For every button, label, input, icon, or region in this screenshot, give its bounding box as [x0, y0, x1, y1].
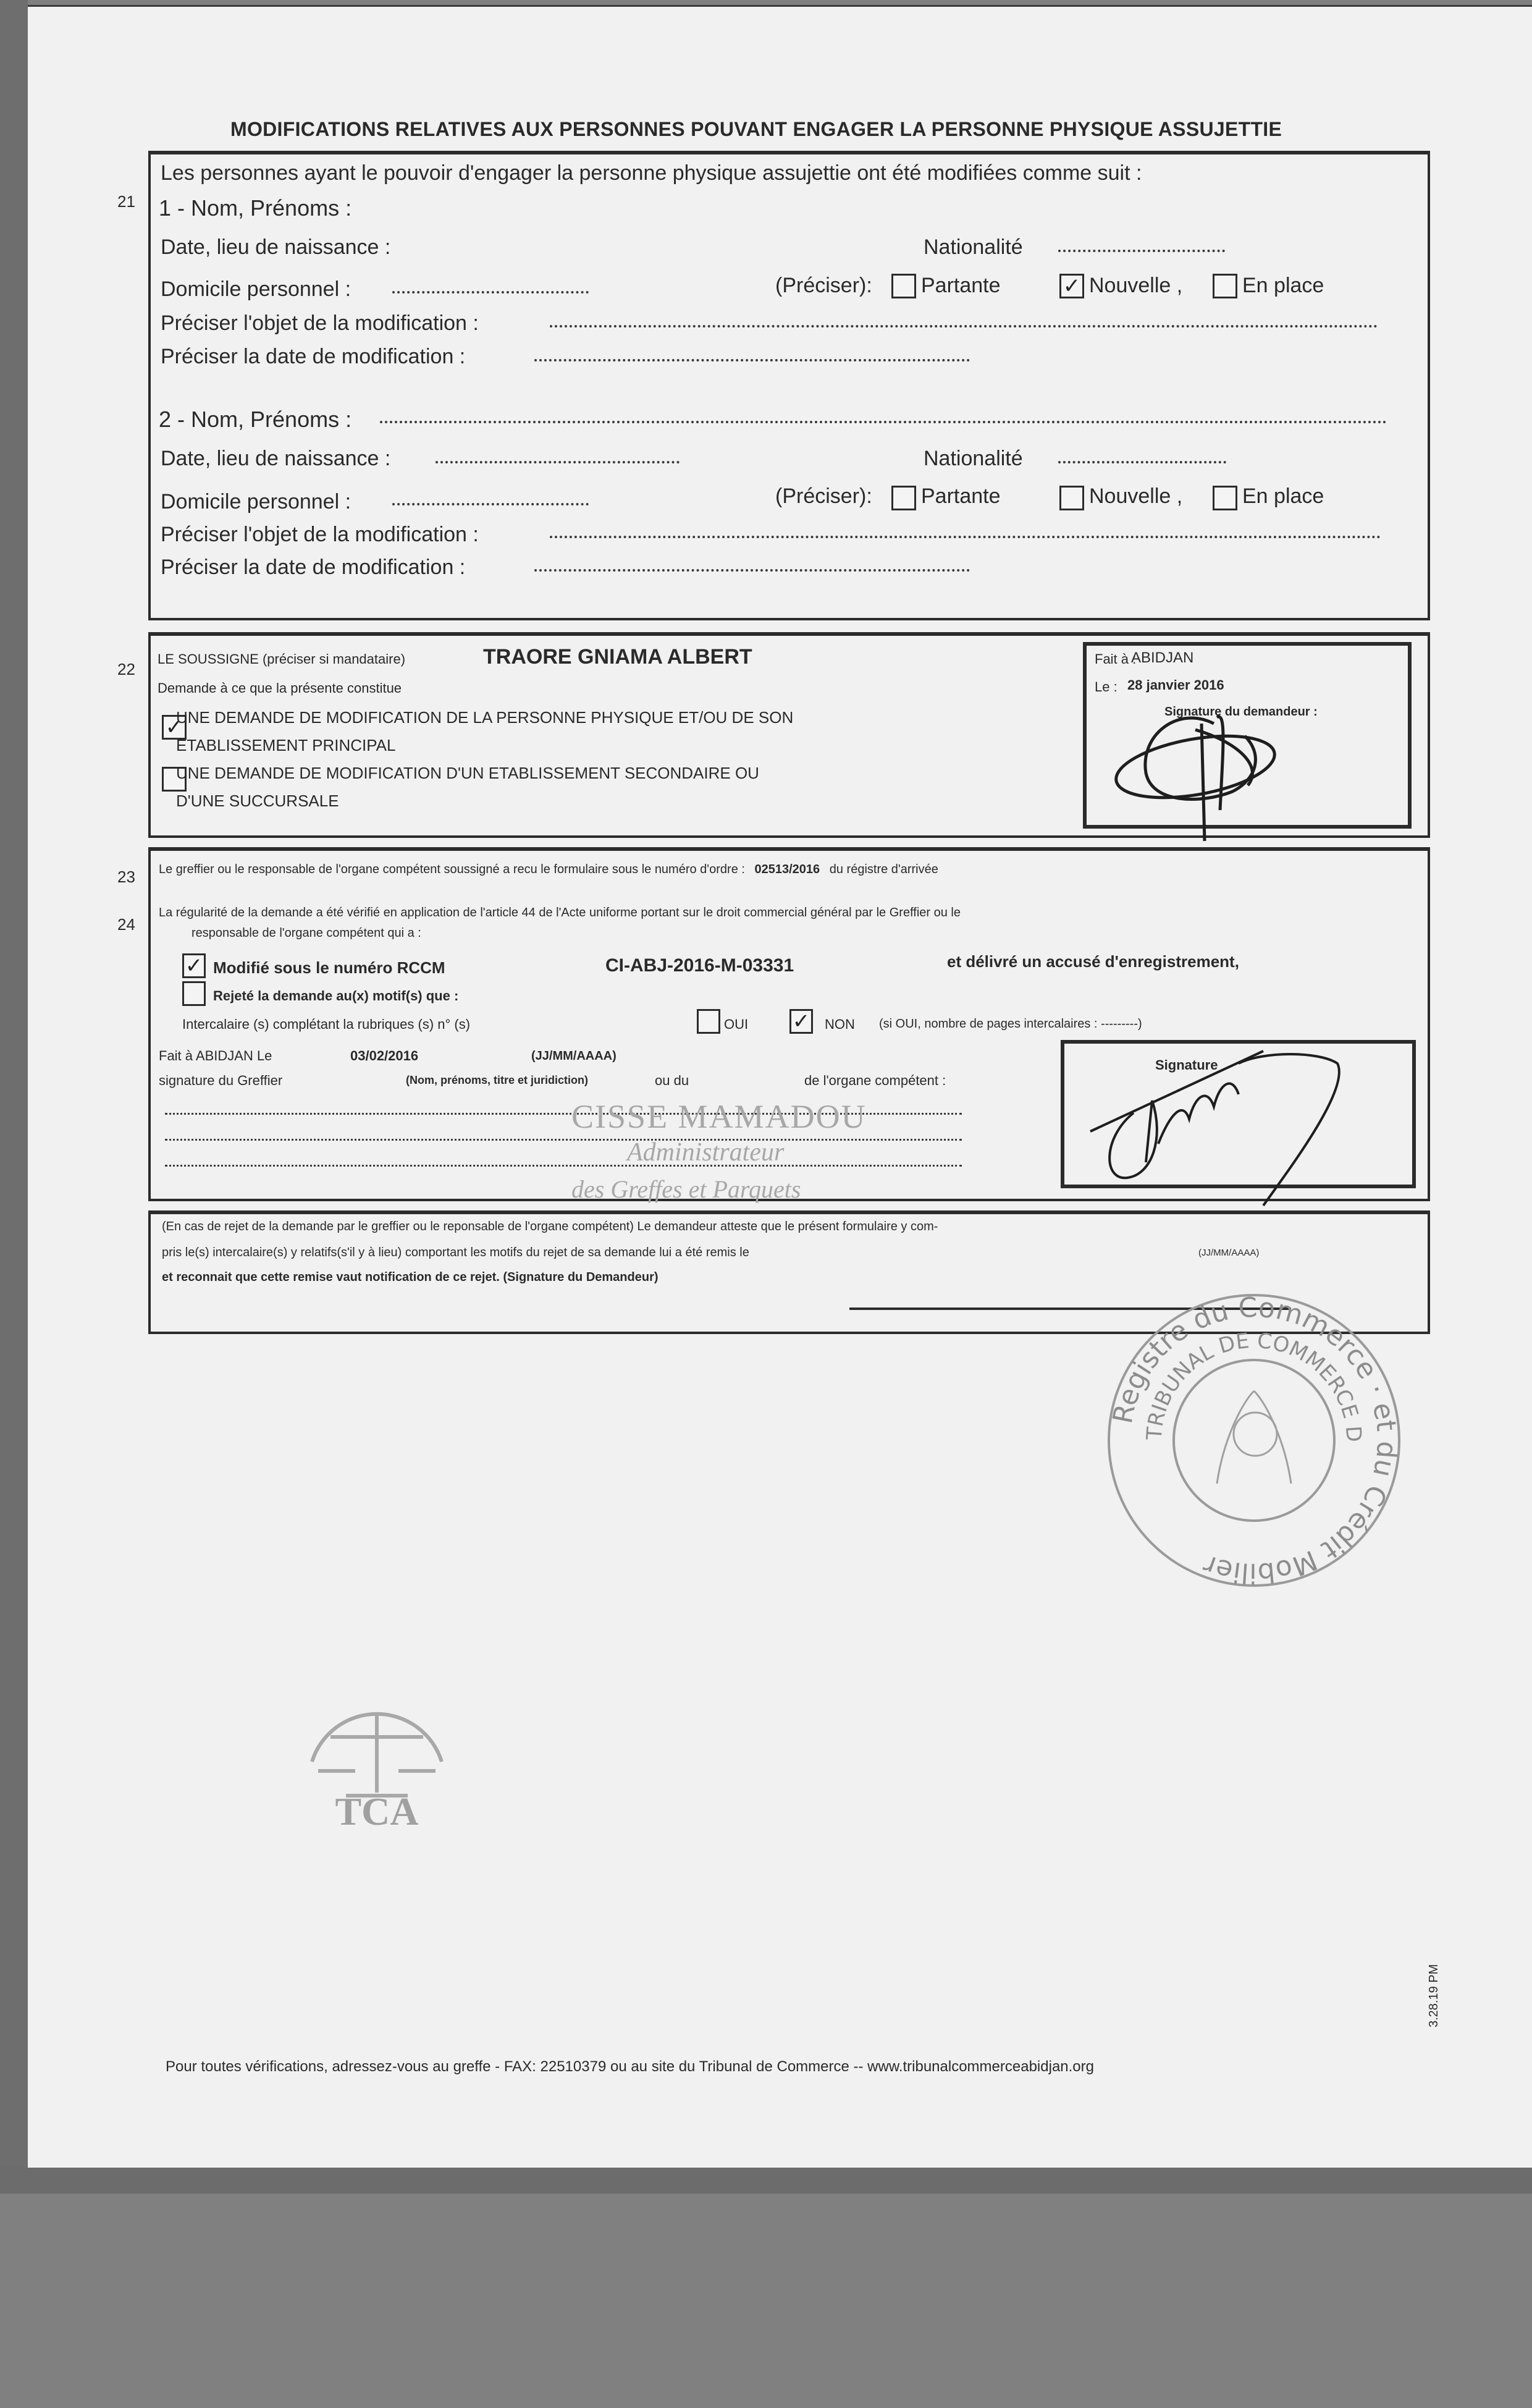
demandeur-signature — [1103, 699, 1325, 860]
rejection-date-format: (JJ/MM/AAAA) — [1198, 1248, 1259, 1258]
person-1-preciser-label: (Préciser): — [775, 274, 872, 298]
section-21-box — [148, 151, 1430, 620]
person-2-birth-field[interactable] — [436, 461, 680, 463]
greffier-line-3[interactable] — [165, 1165, 962, 1167]
section-number-24: 24 — [117, 915, 135, 934]
oui-label: OUI — [724, 1016, 748, 1033]
rejection-line-2: pris le(s) intercalaire(s) y relatifs(s'… — [162, 1246, 749, 1260]
section-number-23: 23 — [117, 868, 135, 887]
person-2-domicile-field[interactable] — [392, 503, 589, 505]
section-23-label: Le greffier ou le responsable de l'organ… — [159, 863, 745, 876]
person-1-domicile-label: Domicile personnel : — [161, 277, 351, 302]
person-2-domicile-label: Domicile personnel : — [161, 490, 351, 514]
check-icon: ✓ — [185, 954, 203, 978]
organe-label: de l'organe compétent : — [804, 1073, 946, 1089]
rccm-number: CI-ABJ-2016-M-03331 — [605, 955, 794, 976]
greffier-line-2[interactable] — [165, 1139, 962, 1141]
greffier-stamp-name: CISSE MAMADOU — [571, 1097, 867, 1136]
person-2-objet-field[interactable] — [550, 536, 1381, 538]
rejete-label: Rejeté la demande au(x) motif(s) que : — [213, 988, 458, 1004]
greffe-fait-label: Fait à ABIDJAN Le — [159, 1048, 272, 1064]
person-2-nationality-label: Nationalité — [924, 447, 1023, 471]
greffe-fait-date: 03/02/2016 — [350, 1048, 418, 1064]
person-1-date-field[interactable] — [534, 359, 970, 361]
le-label: Le : — [1095, 679, 1117, 695]
signature-greffier-label: signature du Greffier — [159, 1073, 282, 1089]
person-1-name-label: 1 - Nom, Prénoms : — [159, 195, 351, 221]
fait-a-value: ABIDJAN — [1131, 649, 1193, 667]
rejete-checkbox[interactable] — [182, 981, 206, 1006]
person-2-date-label: Préciser la date de modification : — [161, 556, 465, 580]
rejection-line-1: (En cas de rejet de la demande par le gr… — [162, 1220, 938, 1234]
person-2-partante-checkbox[interactable] — [891, 486, 916, 510]
person-1-date-label: Préciser la date de modification : — [161, 345, 465, 369]
person-2-nouvelle-label: Nouvelle , — [1089, 484, 1182, 509]
person-2-partante-label: Partante — [921, 484, 1001, 509]
person-1-en-place-label: En place — [1242, 274, 1324, 298]
footer-text: Pour toutes vérifications, adressez-vous… — [166, 2058, 1094, 2076]
scanner-margin — [0, 0, 28, 2169]
option-principal-line1: UNE DEMANDE DE MODIFICATION DE LA PERSON… — [176, 708, 793, 727]
person-1-birth-label: Date, lieu de naissance : — [161, 235, 390, 260]
person-1-nationality-field[interactable] — [1058, 250, 1225, 252]
person-2-en-place-checkbox[interactable] — [1213, 486, 1237, 510]
greffier-signature — [1078, 1039, 1350, 1212]
tribunal-round-stamp: Registre du Commerce · et du Crédit Mobi… — [1093, 1280, 1415, 1601]
section-number-21: 21 — [117, 192, 135, 211]
option-secondaire-line2: D'UNE SUCCURSALE — [176, 792, 339, 811]
section-23-suffix: du régistre d'arrivée — [830, 863, 938, 876]
modifie-label: Modifié sous le numéro RCCM — [213, 958, 445, 978]
option-secondaire-line1: UNE DEMANDE DE MODIFICATION D'UN ETABLIS… — [176, 764, 759, 783]
greffier-stamp-title: Administrateur — [627, 1138, 784, 1167]
person-2-objet-label: Préciser l'objet de la modification : — [161, 523, 479, 547]
person-2-en-place-label: En place — [1242, 484, 1324, 509]
person-1-en-place-checkbox[interactable] — [1213, 274, 1237, 298]
ou-du-label: ou du — [655, 1073, 689, 1089]
section-24-text-line1: La régularité de la demande a été vérifi… — [159, 906, 961, 920]
person-1-objet-field[interactable] — [550, 325, 1378, 327]
person-1-domicile-field[interactable] — [392, 291, 589, 294]
person-2-birth-label: Date, lieu de naissance : — [161, 447, 390, 471]
person-2-nouvelle-checkbox[interactable] — [1059, 486, 1084, 510]
person-2-name-label: 2 - Nom, Prénoms : — [159, 407, 351, 433]
scan-timestamp: 3.28.19 PM — [1427, 1964, 1441, 2027]
soussigne-name: TRAORE GNIAMA ALBERT — [483, 645, 752, 669]
person-2-date-field[interactable] — [534, 569, 970, 572]
section-24-text-line2: responsable de l'organe compétent qui a … — [192, 926, 421, 940]
section-number-22: 22 — [117, 660, 135, 679]
person-1-nationality-label: Nationalité — [924, 235, 1023, 260]
fait-a-label: Fait à : — [1095, 651, 1136, 667]
demande-label: Demande à ce que la présente constitue — [158, 680, 402, 696]
scanner-edge — [0, 2166, 1532, 2194]
soussigne-label: LE SOUSSIGNE (préciser si mandataire) — [158, 651, 405, 667]
greffe-date-format: (JJ/MM/AAAA) — [531, 1049, 617, 1063]
modifie-checkbox[interactable]: ✓ — [182, 953, 206, 978]
intercalaire-label: Intercalaire (s) complétant la rubriques… — [182, 1016, 470, 1033]
greffier-stamp-subtitle: des Greffes et Parquets — [571, 1175, 801, 1204]
person-1-nouvelle-checkbox[interactable]: ✓ — [1059, 274, 1084, 298]
non-checkbox[interactable]: ✓ — [789, 1009, 813, 1034]
nom-prenoms-label: (Nom, prénoms, titre et juridiction) — [406, 1074, 588, 1087]
person-1-partante-label: Partante — [921, 274, 1001, 298]
document-page: MODIFICATIONS RELATIVES AUX PERSONNES PO… — [28, 5, 1532, 2168]
tca-logo-text: TCA — [335, 1789, 418, 1830]
person-2-nationality-field[interactable] — [1058, 461, 1226, 463]
option-principal-line2: ETABLISSEMENT PRINCIPAL — [176, 736, 395, 755]
le-value: 28 janvier 2016 — [1127, 677, 1224, 693]
person-1-objet-label: Préciser l'objet de la modification : — [161, 311, 479, 336]
check-icon: ✓ — [1063, 274, 1081, 298]
page-title: MODIFICATIONS RELATIVES AUX PERSONNES PO… — [230, 118, 1282, 141]
section-23-text: Le greffier ou le responsable de l'organ… — [159, 863, 938, 877]
accuse-text: et délivré un accusé d'enregistrement, — [947, 952, 1239, 971]
tca-logo: TCA — [287, 1694, 466, 1830]
oui-checkbox[interactable] — [697, 1009, 720, 1034]
intercalaire-note: (si OUI, nombre de pages intercalaires :… — [879, 1017, 1142, 1031]
section-21-intro: Les personnes ayant le pouvoir d'engager… — [161, 161, 1142, 185]
person-2-preciser-label: (Préciser): — [775, 484, 872, 509]
rejection-line-3: et reconnait que cette remise vaut notif… — [162, 1270, 659, 1285]
person-2-name-field[interactable] — [380, 421, 1387, 423]
non-label: NON — [825, 1016, 855, 1033]
person-1-nouvelle-label: Nouvelle , — [1089, 274, 1182, 298]
check-icon: ✓ — [793, 1010, 810, 1033]
person-1-partante-checkbox[interactable] — [891, 274, 916, 298]
order-number: 02513/2016 — [755, 863, 820, 876]
